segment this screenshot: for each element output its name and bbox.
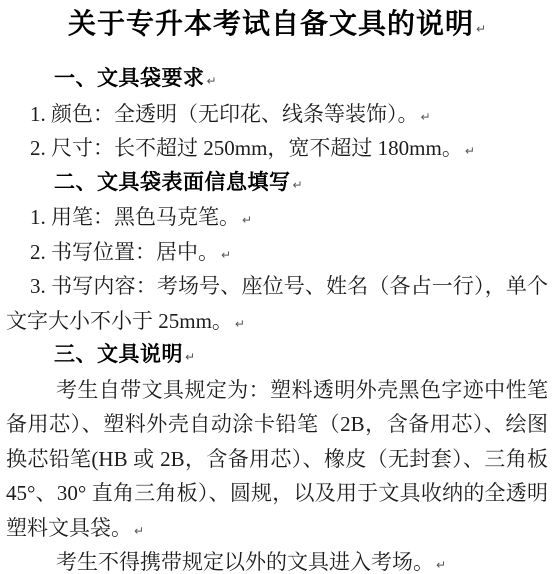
document-line-item: 2. 尺寸：长不超过 250mm，宽不超过 180mm。↵ xyxy=(6,131,548,166)
document-line-continuation: 45°、30° 直角三角板）、圆规，以及用于文具收纳的全透明 xyxy=(6,476,548,511)
document-title: 关于专升本考试自备文具的说明↵ xyxy=(0,0,554,47)
document-page: 关于专升本考试自备文具的说明↵ 一、文具袋要求↵1. 颜色：全透明（无印花、线条… xyxy=(0,0,554,574)
document-line-continuation: 换芯铅笔(HB 或 2B，含备用芯）、橡皮（无封套）、三角板（含 xyxy=(6,442,548,477)
line-text: 考生不得携带规定以外的文具进入考场。 xyxy=(56,550,434,574)
line-text: 换芯铅笔(HB 或 2B，含备用芯）、橡皮（无封套）、三角板（含 xyxy=(6,447,548,477)
document-line-continuation: 备用芯）、塑料外壳自动涂卡铅笔（2B，含备用芯）、绘图可 xyxy=(6,407,548,442)
document-line-item: 3. 书写内容：考场号、座位号、姓名（各占一行），单个 xyxy=(6,269,548,304)
document-line-continuation: 塑料文具袋。↵ xyxy=(6,511,548,546)
line-text: 文字大小不小于 25mm。 xyxy=(6,309,233,333)
line-text: 2. 尺寸：长不超过 250mm，宽不超过 180mm。 xyxy=(30,136,463,160)
line-text: 三、文具说明 xyxy=(54,343,183,366)
line-text: 塑料文具袋。 xyxy=(6,516,132,540)
line-text: 3. 书写内容：考场号、座位号、姓名（各占一行），单个 xyxy=(30,274,548,298)
paragraph-mark-icon: ↵ xyxy=(436,558,446,572)
document-line-paragraph: 考生不得携带规定以外的文具进入考场。↵ xyxy=(6,545,548,574)
paragraph-mark-icon: ↵ xyxy=(185,350,195,364)
document-line-paragraph: 考生自带文具规定为：塑料透明外壳黑色字迹中性笔（含 xyxy=(6,373,548,408)
line-text: 1. 颜色：全透明（无印花、线条等装饰）。 xyxy=(30,102,419,126)
paragraph-mark-icon: ↵ xyxy=(293,178,303,192)
document-body: 一、文具袋要求↵1. 颜色：全透明（无印花、线条等装饰）。↵2. 尺寸：长不超过… xyxy=(0,62,554,574)
document-title-text: 关于专升本考试自备文具的说明 xyxy=(68,9,474,40)
line-text: 考生自带文具规定为：塑料透明外壳黑色字迹中性笔（含 xyxy=(56,378,548,408)
line-text: 备用芯）、塑料外壳自动涂卡铅笔（2B，含备用芯）、绘图可 xyxy=(6,412,548,442)
document-line-item: 1. 用笔：黑色马克笔。↵ xyxy=(6,200,548,235)
document-line-item: 2. 书写位置：居中。↵ xyxy=(6,235,548,270)
document-line-heading: 一、文具袋要求↵ xyxy=(6,62,548,97)
document-line-heading: 三、文具说明↵ xyxy=(6,338,548,373)
paragraph-mark-icon: ↵ xyxy=(465,144,475,158)
paragraph-mark-icon: ↵ xyxy=(134,524,144,538)
paragraph-mark-icon: ↵ xyxy=(242,213,252,227)
paragraph-mark-icon: ↵ xyxy=(221,248,231,262)
paragraph-mark-icon: ↵ xyxy=(235,317,245,331)
line-text: 一、文具袋要求 xyxy=(54,67,205,90)
paragraph-mark-icon: ↵ xyxy=(207,74,217,88)
line-text: 45°、30° 直角三角板）、圆规，以及用于文具收纳的全透明 xyxy=(6,481,548,505)
line-text: 1. 用笔：黑色马克笔。 xyxy=(30,205,240,229)
paragraph-mark-icon: ↵ xyxy=(421,110,431,124)
line-text: 二、文具袋表面信息填写 xyxy=(54,171,291,194)
paragraph-mark-icon: ↵ xyxy=(476,22,486,36)
document-line-item: 1. 颜色：全透明（无印花、线条等装饰）。↵ xyxy=(6,97,548,132)
document-line-continuation: 文字大小不小于 25mm。↵ xyxy=(6,304,548,339)
line-text: 2. 书写位置：居中。 xyxy=(30,240,219,264)
document-line-heading: 二、文具袋表面信息填写↵ xyxy=(6,166,548,201)
